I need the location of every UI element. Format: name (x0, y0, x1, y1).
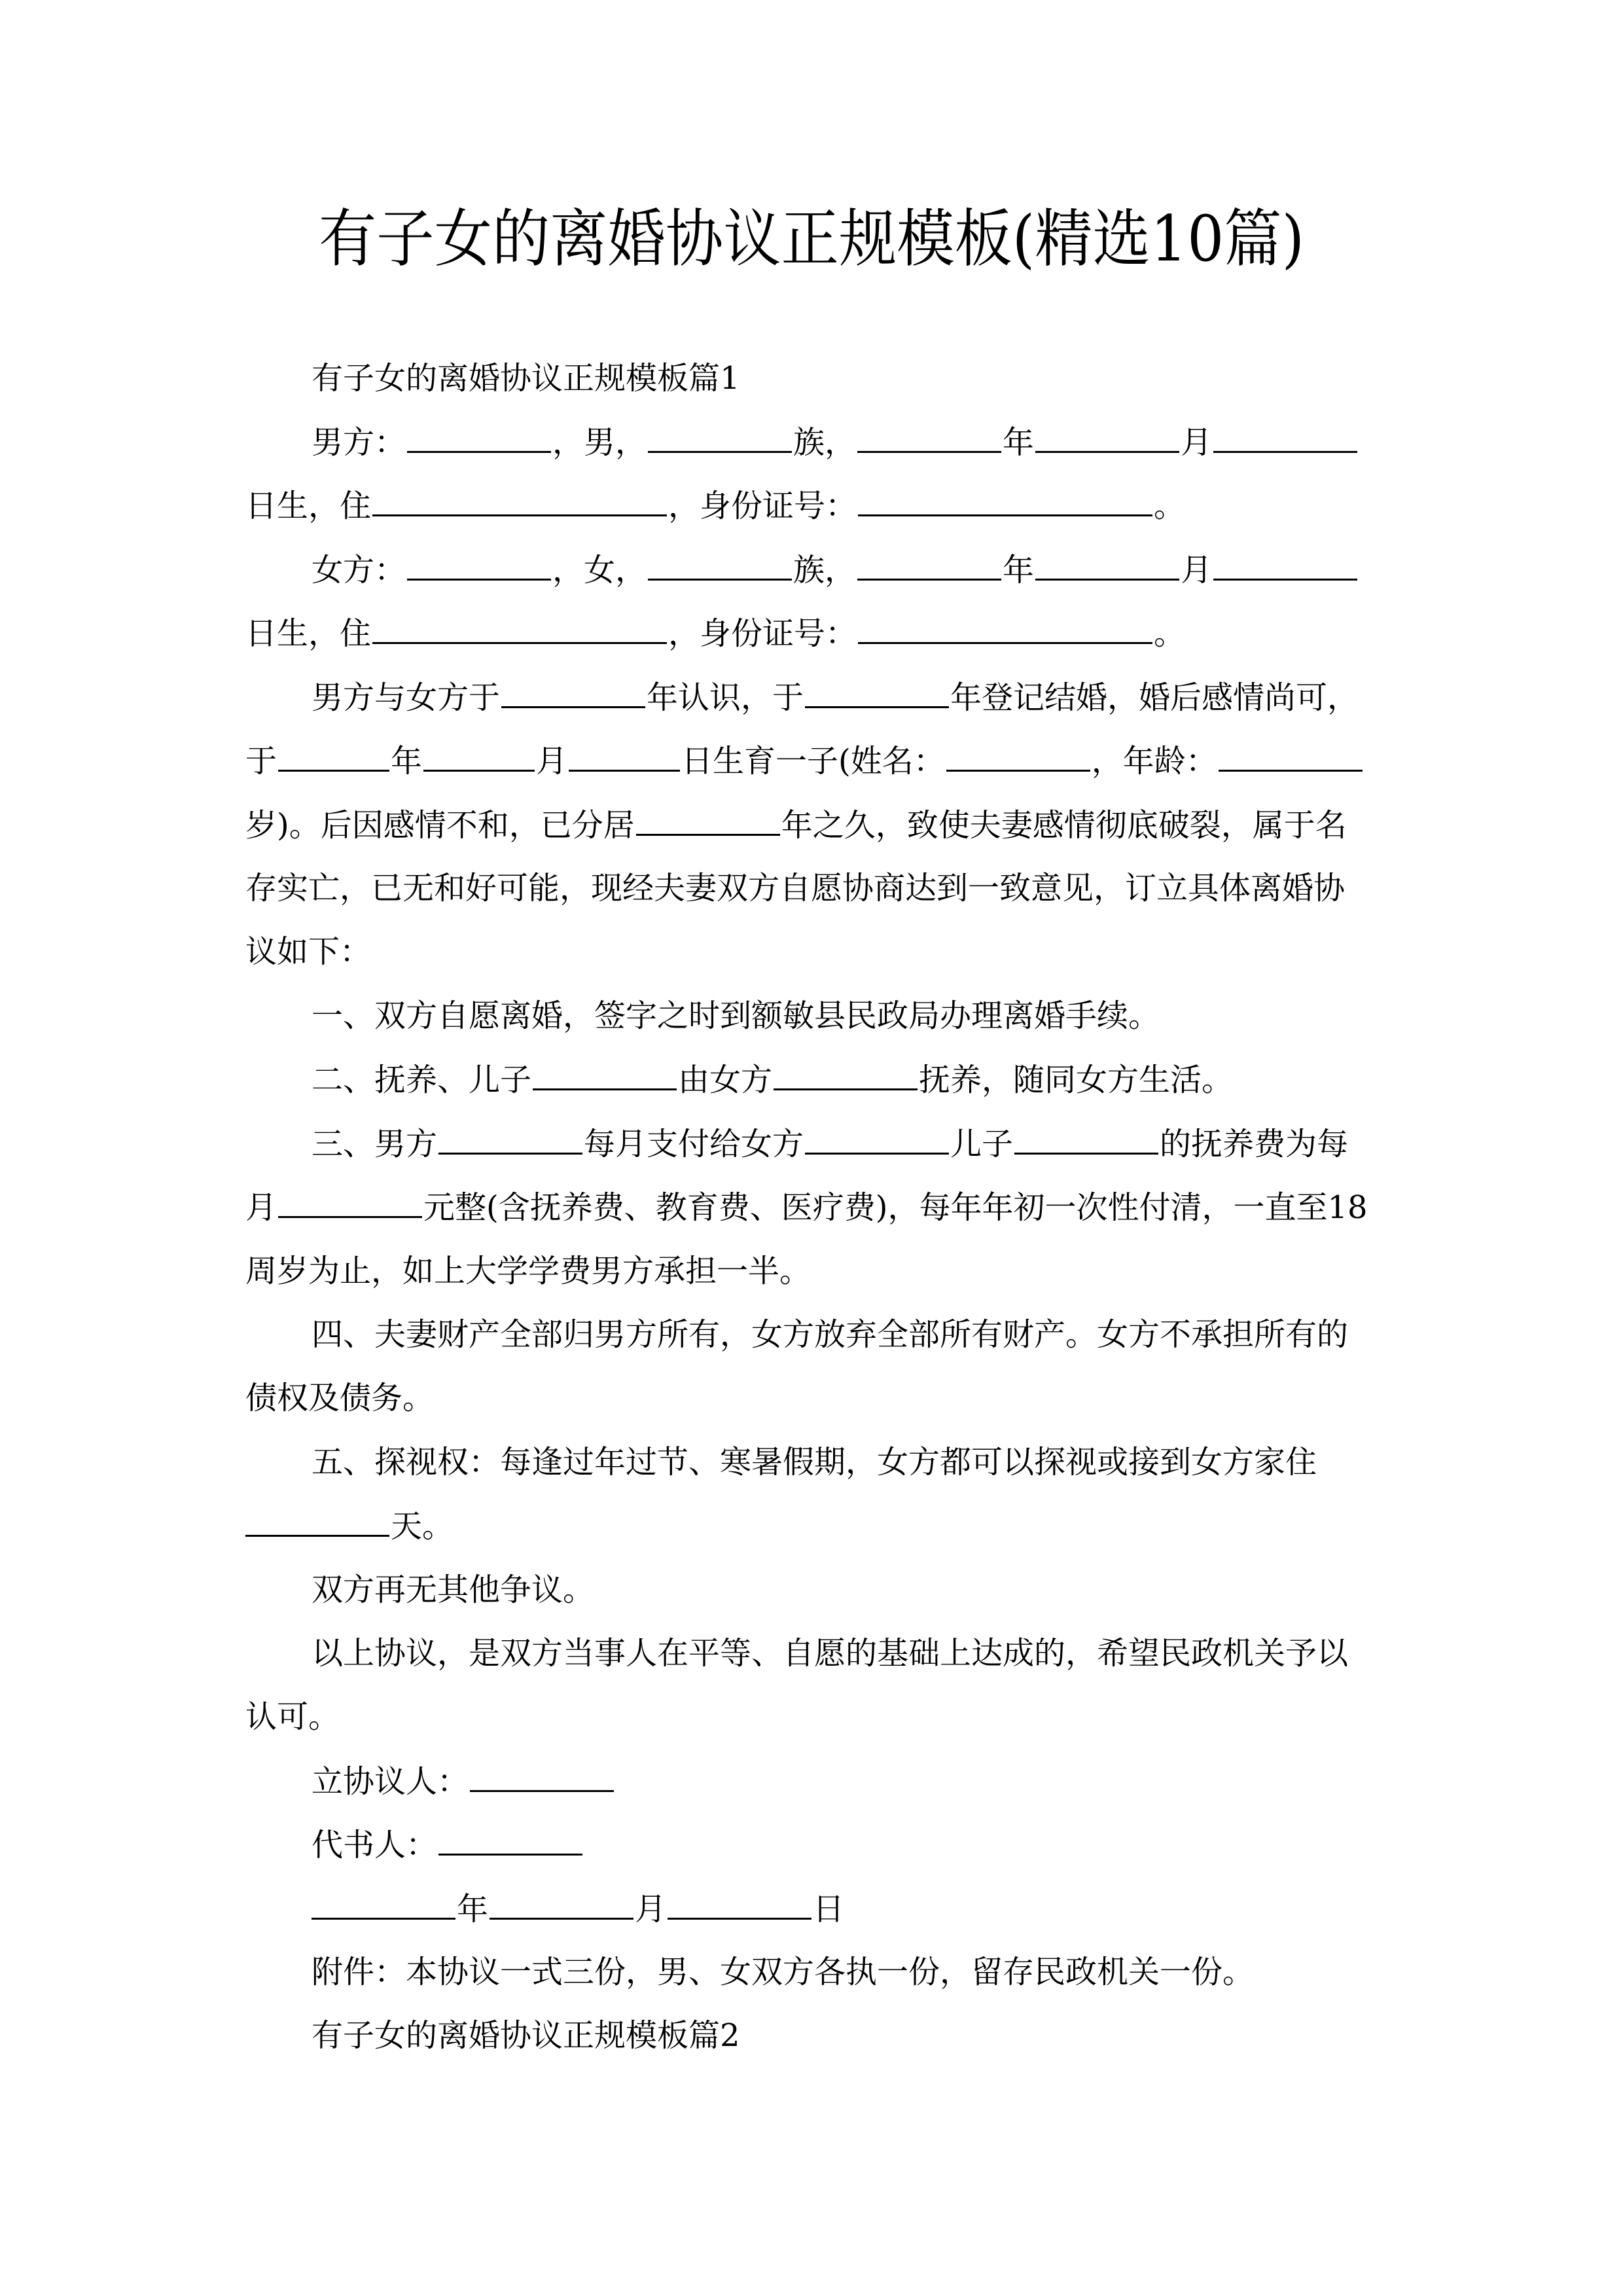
label: 月 (1181, 552, 1212, 588)
clause-5-line-2: 天。 (245, 1506, 454, 1546)
male-info-line-2: 日生，住，身份证号：。 (245, 486, 1185, 526)
label: 三、男方 (312, 1126, 437, 1162)
female-recipient-blank[interactable] (805, 1124, 949, 1155)
intro-line-1: 男方与女方于年认识，于年登记结婚，婚后感情尚可， (312, 677, 1359, 717)
label: 日生育一子(姓名： (681, 743, 945, 780)
separation-years-blank[interactable] (636, 805, 780, 836)
signatory-line: 立协议人： (312, 1761, 615, 1801)
label: 日生，住 (245, 615, 371, 652)
female-name-custody-blank[interactable] (774, 1060, 918, 1090)
label: 日 (813, 1891, 844, 1928)
scribe-label: 代书人： (312, 1827, 437, 1863)
document-title: 有子女的离婚协议正规模板(精选10篇) (65, 196, 1558, 281)
label: 于 (245, 743, 277, 780)
intro-line-4: 存实亡，已无和好可能，现经夫妻双方自愿协商达到一致意见，订立具体离婚协 (245, 869, 1345, 908)
label: 月 (536, 743, 567, 780)
label: 年 (1003, 424, 1034, 461)
label: 年登记结婚，婚后感情尚可， (950, 679, 1359, 716)
label: 二、抚养、儿子 (312, 1062, 531, 1098)
label: 年之久，致使夫妻感情彻底破裂，属于名 (781, 807, 1347, 844)
label: 月 (1181, 424, 1212, 461)
male-birth-year-blank[interactable] (857, 422, 1001, 453)
label: 日生，住 (245, 488, 371, 524)
son-name-support-blank[interactable] (1014, 1124, 1158, 1155)
male-name-blank[interactable] (407, 422, 551, 453)
clause-5-line-1: 五、探视权：每逢过年过节、寒暑假期，女方都可以探视或接到女方家住 (312, 1443, 1317, 1482)
label: 年认识，于 (647, 679, 804, 716)
female-address-blank[interactable] (372, 613, 667, 644)
label: 男方与女方于 (312, 679, 500, 716)
date-month-blank[interactable] (490, 1889, 633, 1920)
male-address-blank[interactable] (372, 486, 667, 516)
label: ，身份证号： (668, 615, 857, 652)
label: 年 (391, 743, 422, 780)
child-birth-year-blank[interactable] (278, 741, 389, 772)
label: 年 (1003, 552, 1034, 588)
date-year-blank[interactable] (312, 1889, 455, 1920)
label: 。 (1154, 615, 1185, 652)
label: ，男， (552, 424, 647, 461)
label: 由女方 (678, 1062, 772, 1098)
section-heading-2: 有子女的离婚协议正规模板篇2 (312, 2016, 740, 2055)
monthly-amount-blank[interactable] (278, 1187, 422, 1218)
clause-4-line-1: 四、夫妻财产全部归男方所有，女方放弃全部所有财产。女方不承担所有的 (312, 1315, 1348, 1354)
son-name-blank[interactable] (533, 1060, 677, 1090)
clause-1: 一、双方自愿离婚，签字之时到额敏县民政局办理离婚手续。 (312, 996, 1160, 1035)
female-birth-month-blank[interactable] (1035, 550, 1179, 581)
label: 。 (1154, 488, 1185, 524)
signatory-blank[interactable] (470, 1761, 614, 1792)
female-info-line-2: 日生，住，身份证号：。 (245, 613, 1185, 653)
child-name-blank[interactable] (946, 741, 1090, 772)
section-heading-1: 有子女的离婚协议正规模板篇1 (312, 359, 740, 398)
female-name-blank[interactable] (407, 550, 551, 581)
label: 天。 (391, 1508, 454, 1545)
closing-line-1: 以上协议，是双方当事人在平等、自愿的基础上达成的，希望民政机关予以 (312, 1634, 1348, 1673)
child-birth-month-blank[interactable] (423, 741, 535, 772)
label: 年 (457, 1891, 488, 1928)
scribe-blank[interactable] (438, 1825, 582, 1856)
label: 男方： (312, 424, 406, 461)
label: 元整(含抚养费、教育费、医疗费)，每年年初一次性付清，一直至18 (423, 1189, 1368, 1226)
label: 女方： (312, 552, 406, 588)
female-info-line-1: 女方：，女，族，年月 (312, 550, 1359, 590)
label: 月 (635, 1891, 666, 1928)
label: 的抚养费为每 (1160, 1126, 1348, 1162)
male-info-line-1: 男方：，男，族，年月 (312, 422, 1359, 462)
signatory-label: 立协议人： (312, 1763, 469, 1800)
female-birth-year-blank[interactable] (857, 550, 1001, 581)
label: 抚养，随同女方生活。 (919, 1062, 1233, 1098)
label: 儿子 (950, 1126, 1013, 1162)
clause-3-line-3: 周岁为止，如上大学学费男方承担一半。 (245, 1251, 811, 1291)
male-payer-blank[interactable] (438, 1124, 582, 1155)
met-year-blank[interactable] (501, 677, 645, 708)
label: 族， (793, 552, 856, 588)
label: ，身份证号： (668, 488, 857, 524)
intro-line-3: 岁)。后因感情不和，已分居年之久，致使夫妻感情彻底破裂，属于名 (245, 805, 1347, 845)
attachment-note: 附件：本协议一式三份，男、女双方各执一份，留存民政机关一份。 (312, 1952, 1254, 1992)
clause-2: 二、抚养、儿子由女方抚养，随同女方生活。 (312, 1060, 1233, 1100)
visit-days-blank[interactable] (245, 1506, 389, 1537)
male-birth-day-blank[interactable] (1213, 422, 1357, 453)
label: ，年龄： (1092, 743, 1217, 780)
clause-3-line-1: 三、男方每月支付给女方儿子的抚养费为每 (312, 1124, 1348, 1164)
date-day-blank[interactable] (668, 1889, 811, 1920)
male-id-number-blank[interactable] (858, 486, 1152, 516)
child-age-blank[interactable] (1219, 741, 1363, 772)
marriage-year-blank[interactable] (805, 677, 949, 708)
clause-3-line-2: 月元整(含抚养费、教育费、医疗费)，每年年初一次性付清，一直至18 (245, 1187, 1368, 1227)
female-ethnicity-blank[interactable] (648, 550, 792, 581)
label: ，女， (552, 552, 647, 588)
label: 月 (245, 1189, 277, 1226)
closing-line-2: 认可。 (245, 1697, 340, 1736)
label: 族， (793, 424, 856, 461)
clause-4-line-2: 债权及债务。 (245, 1378, 434, 1418)
child-birth-day-blank[interactable] (569, 741, 680, 772)
label: 每月支付给女方 (584, 1126, 804, 1162)
male-birth-month-blank[interactable] (1035, 422, 1179, 453)
male-ethnicity-blank[interactable] (648, 422, 792, 453)
female-id-number-blank[interactable] (858, 613, 1152, 644)
female-birth-day-blank[interactable] (1213, 550, 1357, 581)
date-line: 年月日 (312, 1889, 844, 1929)
intro-line-5: 议如下： (245, 932, 371, 971)
scribe-line: 代书人： (312, 1825, 584, 1865)
intro-line-2: 于年月日生育一子(姓名：，年龄： (245, 741, 1364, 781)
label: 岁)。后因感情不和，已分居 (245, 807, 635, 844)
no-dispute-statement: 双方再无其他争议。 (312, 1570, 594, 1609)
